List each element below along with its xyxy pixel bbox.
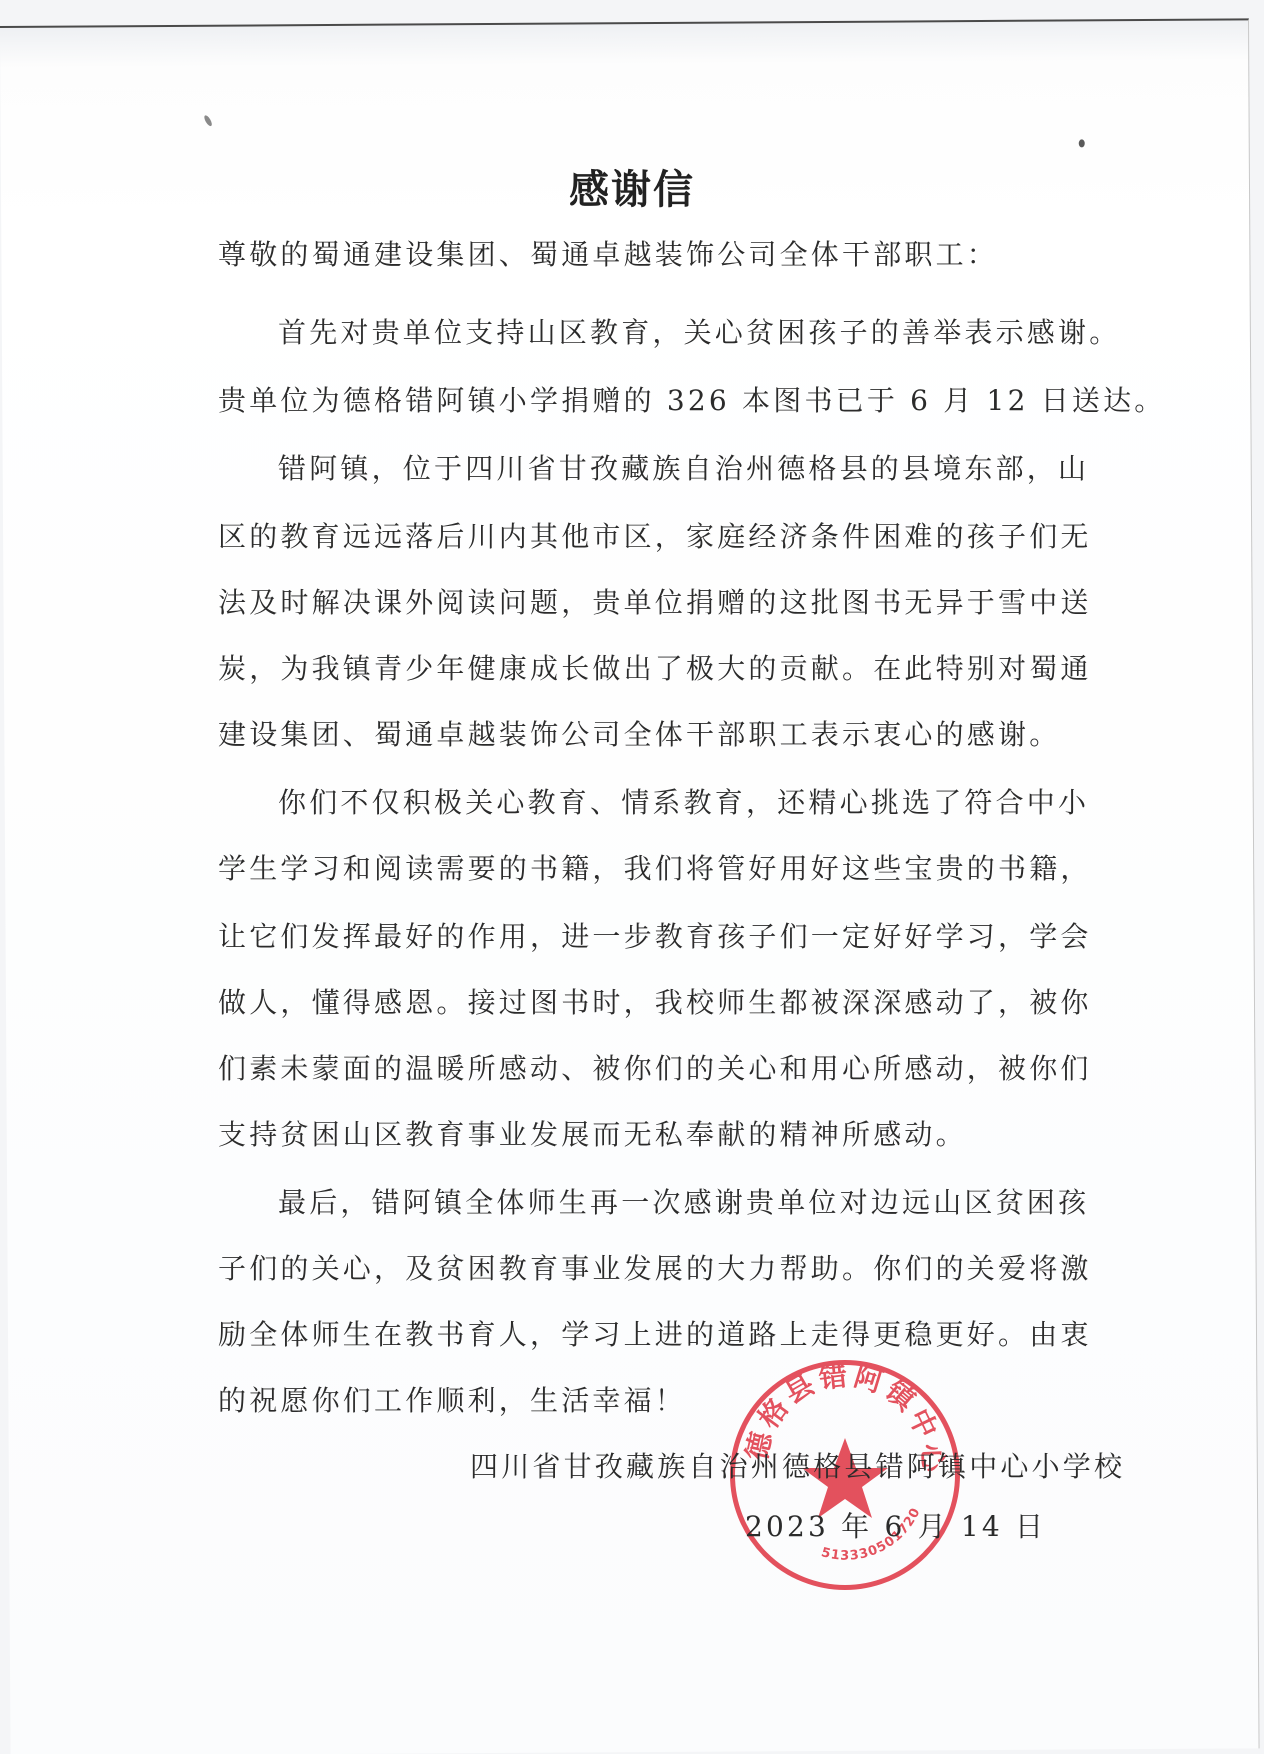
paragraph-line: 建设集团、蜀通卓越装饰公司全体干部职工表示衷心的感谢。 [218, 718, 1060, 752]
paragraph-line: 子们的关心，及贫困教育事业发展的大力帮助。你们的关爱将激 [218, 1252, 1092, 1286]
paper-speck [1079, 139, 1085, 147]
paragraph-line: 最后，错阿镇全体师生再一次感谢贵单位对边远山区贫困孩 [278, 1186, 1089, 1220]
paragraph-line: 们素未蒙面的温暖所感动、被你们的关心和用心所感动，被你们 [218, 1052, 1092, 1086]
paragraph-line: 法及时解决课外阅读问题，贵单位捐赠的这批图书无异于雪中送 [218, 586, 1092, 620]
paper-speck [203, 114, 213, 127]
paragraph-line: 让它们发挥最好的作用，进一步教育孩子们一定好好学习，学会 [218, 920, 1092, 954]
paragraph-line: 支持贫困山区教育事业发展而无私奉献的精神所感动。 [218, 1118, 967, 1152]
paragraph-line: 励全体师生在教书育人，学习上进的道路上走得更稳更好。由衷 [218, 1318, 1092, 1352]
paragraph-line: 贵单位为德格错阿镇小学捐赠的 326 本图书已于 6 月 12 日送达。 [218, 384, 1166, 418]
paragraph-line: 首先对贵单位支持山区教育，关心贫困孩子的善举表示感谢。 [278, 316, 1120, 350]
letter-page [0, 18, 1260, 1754]
paragraph-line: 错阿镇，位于四川省甘孜藏族自治州德格县的县境东部，山 [278, 452, 1089, 486]
letter-title: 感谢信 [0, 158, 1264, 215]
signature-date: 2023 年 6 月 14 日 [745, 1510, 1046, 1544]
paragraph-line: 炭，为我镇青少年健康成长做出了极大的贡献。在此特别对蜀通 [218, 652, 1092, 686]
paragraph-line: 你们不仅积极关心教育、情系教育，还精心挑选了符合中小 [278, 786, 1089, 820]
paragraph-line: 区的教育远远落后川内其他市区，家庭经济条件困难的孩子们无 [218, 520, 1092, 554]
paragraph-line: 的祝愿你们工作顺利，生活幸福！ [218, 1384, 686, 1418]
paragraph-line: 做人，懂得感恩。接过图书时，我校师生都被深深感动了，被你 [218, 986, 1092, 1020]
paragraph-line: 学生学习和阅读需要的书籍，我们将管好用好这些宝贵的书籍， [218, 852, 1092, 886]
signature-school: 四川省甘孜藏族自治州德格县错阿镇中心小学校 [470, 1450, 1125, 1484]
letter-salutation: 尊敬的蜀通建设集团、蜀通卓越装饰公司全体干部职工： [218, 238, 998, 272]
